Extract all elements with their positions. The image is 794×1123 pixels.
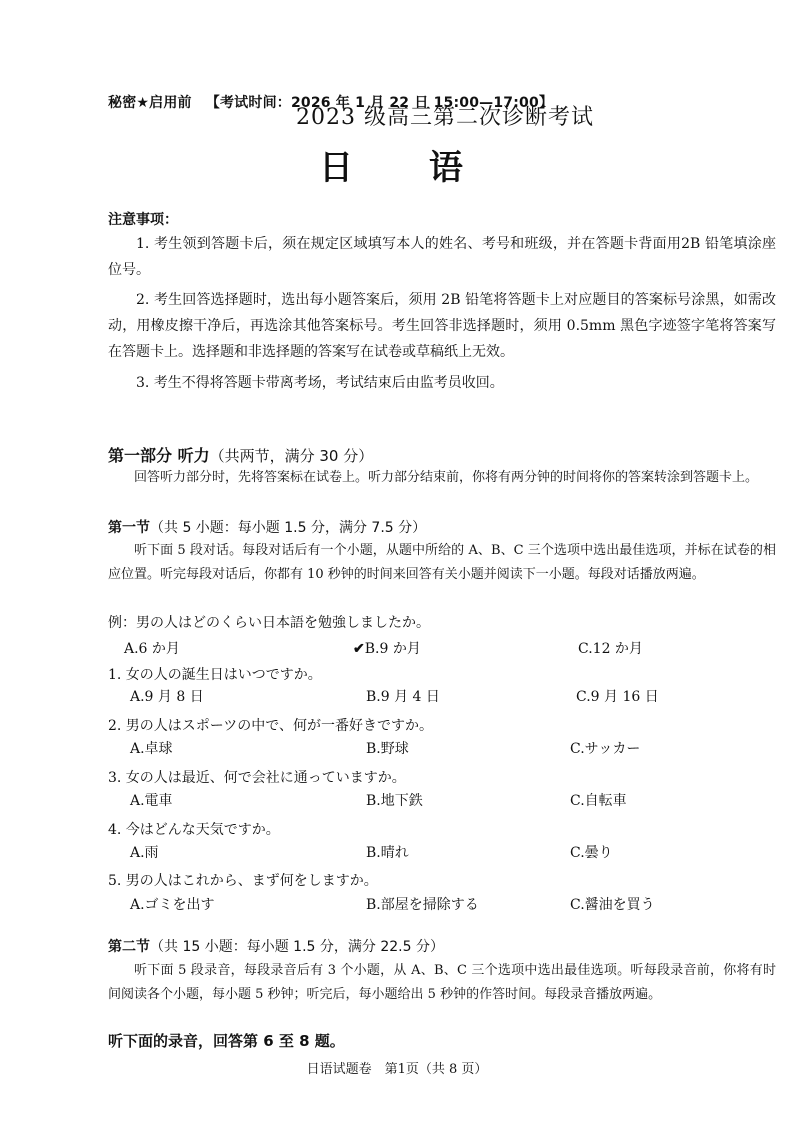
page-footer: 日语试题卷 第1页（共 8 页） <box>0 1058 794 1077</box>
check-mark-icon: ✔ <box>353 641 365 657</box>
section2-heading: 第二节（共 15 小题：每小题 1.5 分，满分 22.5 分） <box>108 936 444 956</box>
example-question: 例：男の人はどのくらい日本語を勉強しましたか。 <box>108 612 430 632</box>
q2-option-c: C.サッカー <box>570 738 640 758</box>
q1-option-b: B.9 月 4 日 <box>366 686 440 706</box>
part1-heading-note: （共两节，满分 30 分） <box>210 447 374 465</box>
q2-option-b: B.野球 <box>366 738 409 758</box>
section2-heading-label: 第二节 <box>108 939 150 955</box>
q3-option-a: A.電車 <box>130 790 173 810</box>
section1-heading-label: 第一节 <box>108 520 150 536</box>
q3-option-c: C.自転車 <box>570 790 627 810</box>
question-3: 3. 女の人は最近、何で会社に通っていますか。 <box>108 767 406 787</box>
notice-item-3: 3. 考生不得将答题卡带离考场，考试结束后由监考员收回。 <box>108 370 776 396</box>
q1-option-a: A.9 月 8 日 <box>130 686 204 706</box>
question-5: 5. 男の人はこれから、まず何をしますか。 <box>108 870 378 890</box>
section2-instructions: 听下面 5 段录音，每段录音后有 3 个小题，从 A、B、C 三个选项中选出最佳… <box>108 959 776 1007</box>
notice-item-2: 2. 考生回答选择题时，选出每小题答案后，须用 2B 铅笔将答题卡上对应题目的答… <box>108 287 776 365</box>
question-4: 4. 今はどんな天気ですか。 <box>108 819 280 839</box>
q5-option-b: B.部屋を掃除する <box>366 894 479 914</box>
q4-option-a: A.雨 <box>130 842 159 862</box>
confidential-label: 秘密★启用前 <box>108 95 192 111</box>
part1-heading: 第一部分 听力（共两节，满分 30 分） <box>108 443 373 466</box>
q2-option-a: A.卓球 <box>130 738 173 758</box>
q5-option-a: A.ゴミを出す <box>130 894 215 914</box>
listen-prompt: 听下面的录音，回答第 6 至 8 题。 <box>108 1030 345 1051</box>
section2-heading-note: （共 15 小题：每小题 1.5 分，满分 22.5 分） <box>150 939 444 955</box>
example-option-c: C.12 か月 <box>578 638 643 658</box>
q5-option-c: C.醤油を買う <box>570 894 655 914</box>
section1-heading-note: （共 5 小题：每小题 1.5 分，满分 7.5 分） <box>150 520 426 536</box>
exam-title: 2023 级高三第二次诊断考试 <box>280 100 610 131</box>
notice-item-1: 1. 考生领到答题卡后，须在规定区域填写本人的姓名、考号和班级，并在答题卡背面用… <box>108 231 776 283</box>
q4-option-c: C.曇り <box>570 842 613 862</box>
part1-heading-label: 第一部分 听力 <box>108 446 210 465</box>
q1-option-c: C.9 月 16 日 <box>576 686 659 706</box>
q4-option-b: B.晴れ <box>366 842 409 862</box>
section1-heading: 第一节（共 5 小题：每小题 1.5 分，满分 7.5 分） <box>108 517 426 537</box>
subject-title: 日 语 <box>0 140 794 189</box>
example-option-a: A.6 か月 <box>124 638 180 658</box>
section1-instructions: 听下面 5 段对话。每段对话后有一个小题，从题中所给的 A、B、C 三个选项中选… <box>108 539 776 587</box>
q3-option-b: B.地下鉄 <box>366 790 423 810</box>
notice-heading: 注意事项： <box>108 209 178 229</box>
question-1: 1. 女の人の誕生日はいつですか。 <box>108 664 322 684</box>
part1-instructions: 回答听力部分时，先将答案标在试卷上。听力部分结束前，你将有两分钟的时间将你的答案… <box>108 466 776 490</box>
question-2: 2. 男の人はスポーツの中で、何が一番好きですか。 <box>108 715 433 735</box>
example-option-b: ✔B.9 か月 <box>353 638 421 658</box>
